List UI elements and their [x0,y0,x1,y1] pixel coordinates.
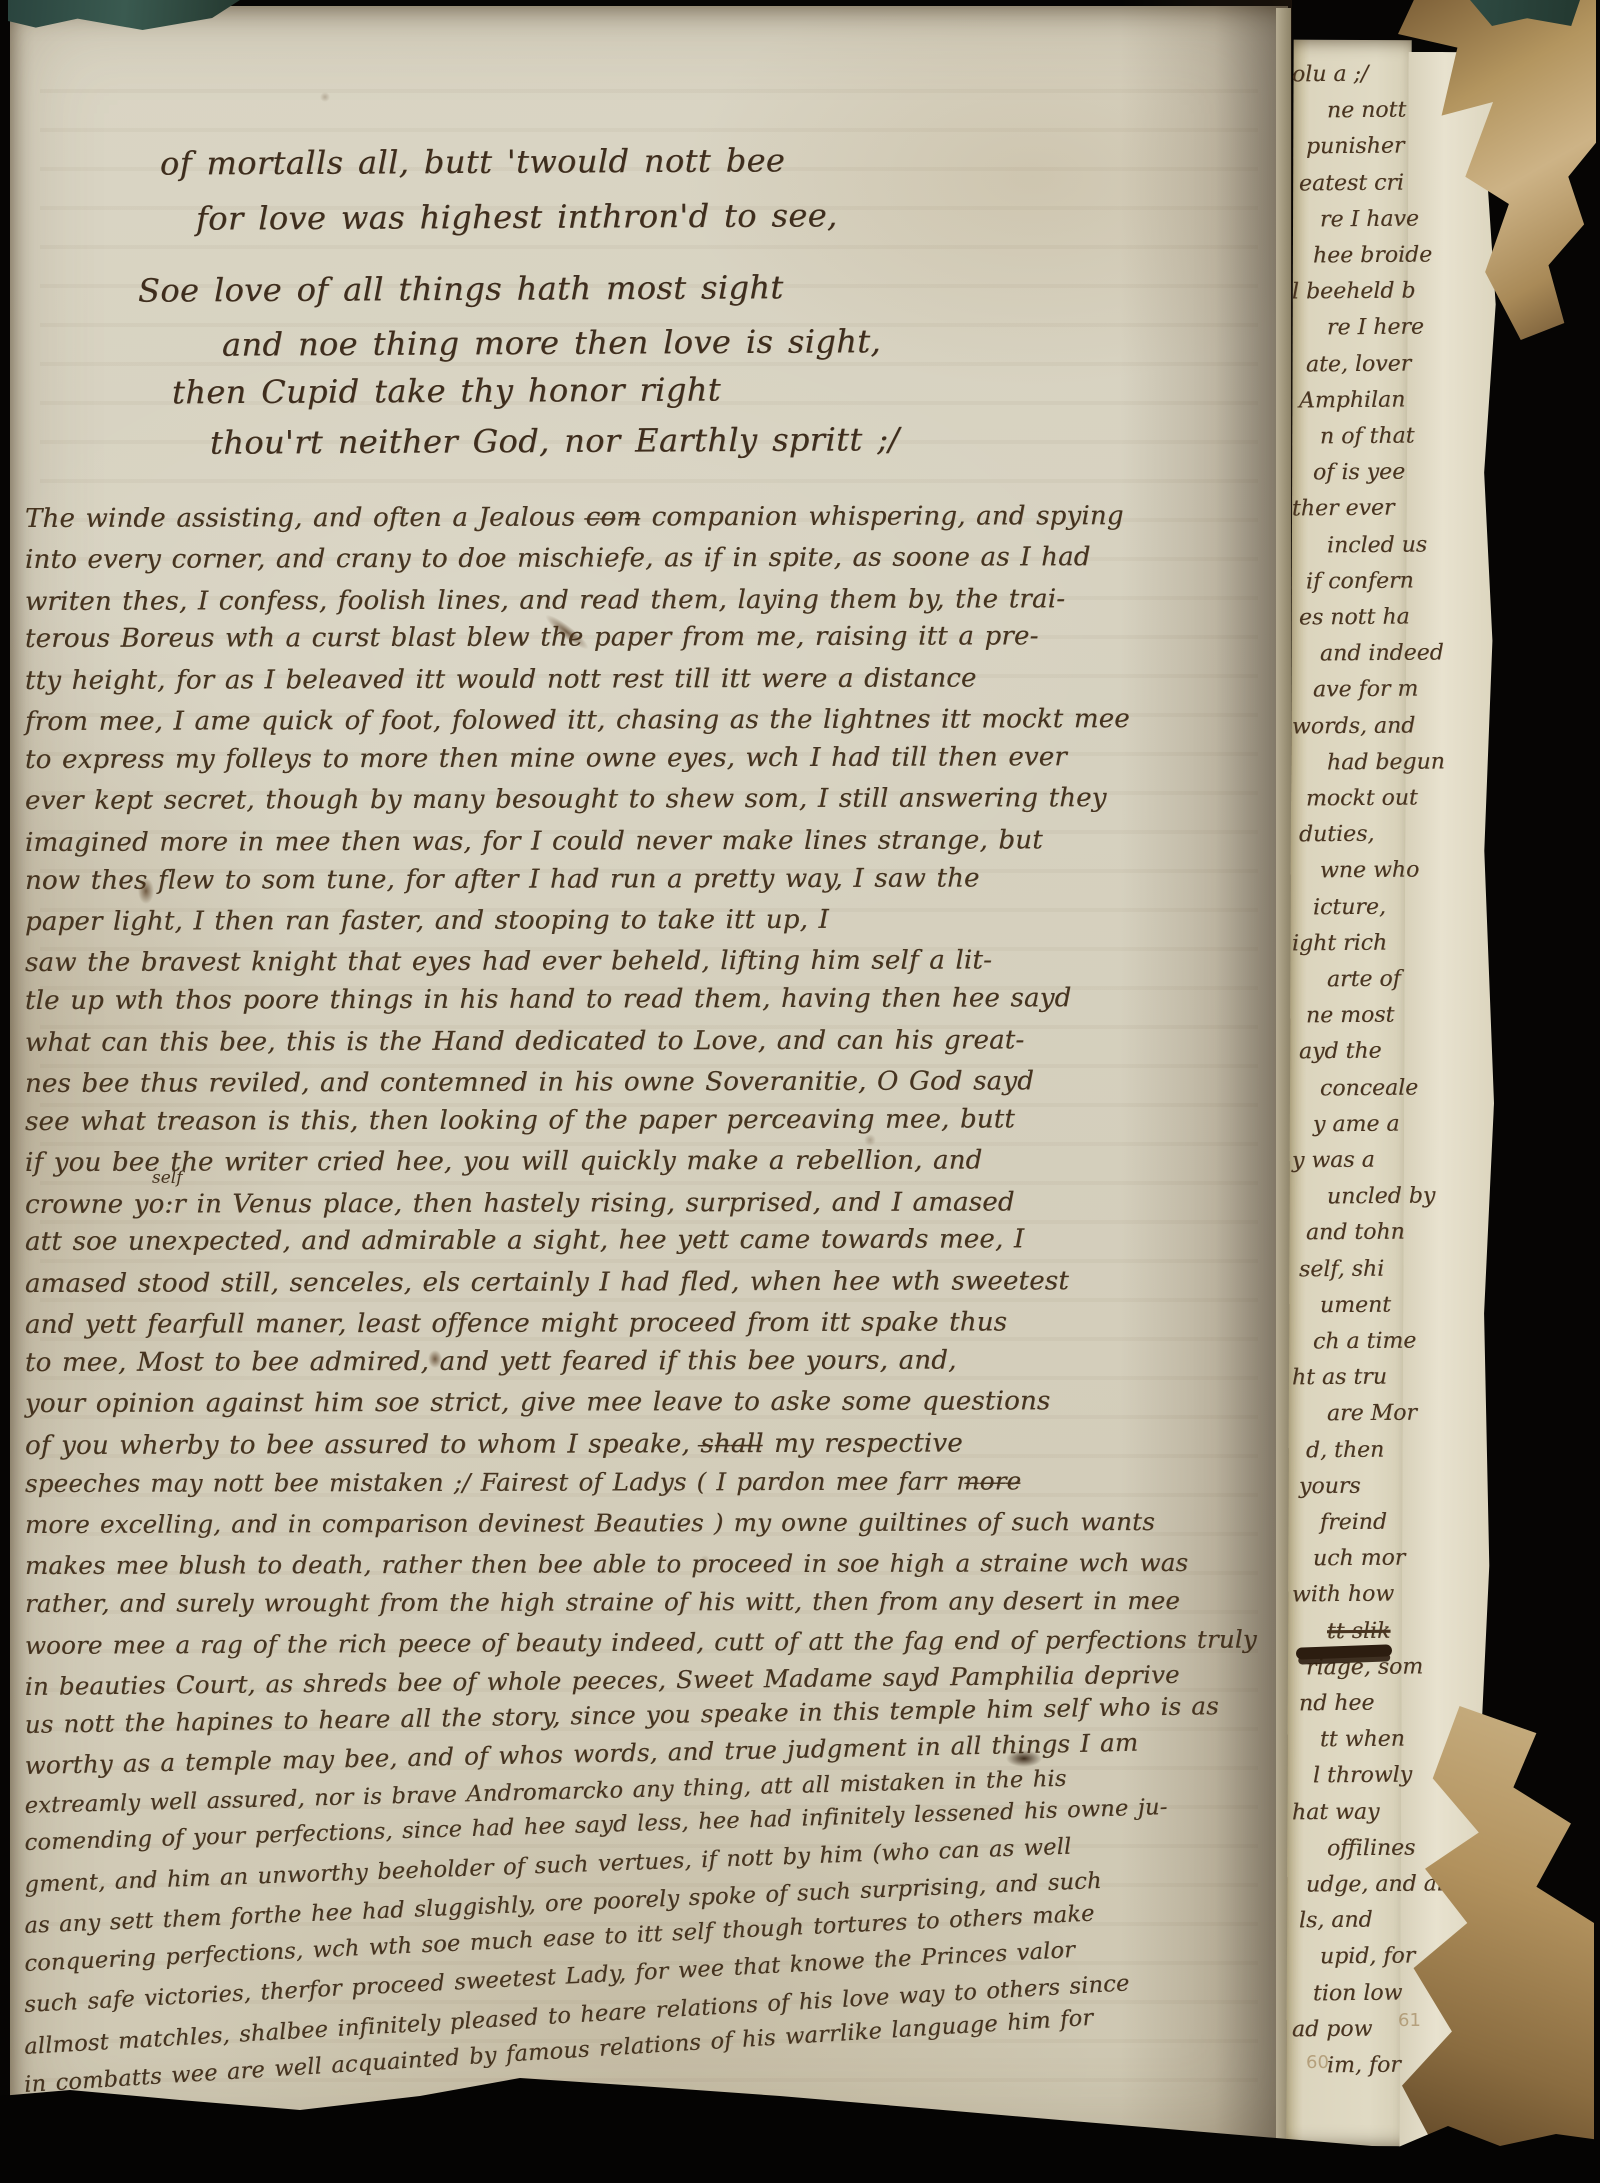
prose-line: into every corner, and crany to doe misc… [25,542,1091,575]
prose-line: and yett fearfull maner, least offence m… [25,1308,1007,1341]
adjacent-page-line-fragment: icture, [1313,894,1386,920]
adjacent-page-line-fragment: olu a ;/ [1292,62,1369,88]
foxing-spot [320,92,330,102]
adjacent-page-line-fragment: are Mor [1327,1401,1417,1427]
adjacent-page-line-fragment: had begun [1327,749,1445,775]
adjacent-page-line-fragment: punisher [1306,134,1405,160]
adjacent-page-line-fragment: ate, lover [1306,351,1411,377]
adjacent-page-line-fragment: and indeed [1320,641,1444,667]
adjacent-page-line-fragment: offilines [1327,1835,1416,1861]
manuscript-photo: of mortalls all, butt 'twould nott beefo… [0,0,1600,2183]
prose-line: imagined more in mee then was, for I cou… [25,825,1043,858]
adjacent-page-line-fragment: conceale [1320,1075,1418,1101]
adjacent-page-line-fragment: ument [1320,1292,1391,1318]
prose-line: The winde assisting, and often a Jealous… [25,501,1124,534]
adjacent-page-line-fragment: ls, and [1299,1908,1373,1934]
prose-line: more excelling, and in comparison devine… [25,1507,1155,1539]
folio-number: 60 [1306,2052,1329,2073]
poem-line: for love was highest inthron'd to see, [196,196,838,237]
adjacent-page-line-fragment: ther ever [1292,496,1395,522]
prose-line: woore mee a rag of the rich peece of bea… [25,1624,1257,1659]
adjacent-page-line-fragment: eatest cri [1299,170,1404,196]
foxing-spot [700,1555,710,1565]
adjacent-page-line-fragment: l throwly [1313,1763,1412,1789]
adjacent-page-line-fragment: ad pow [1292,2016,1373,2042]
ink-stain [428,1350,442,1368]
prose-line: att soe unexpected, and admirable a sigh… [25,1225,1024,1258]
adjacent-page-line-fragment: of is yee [1313,460,1405,486]
adjacent-page-line-fragment: ight rich [1292,930,1387,956]
prose-line: terous Boreus wth a curst blast blew the… [25,622,1039,655]
adjacent-page-line-fragment: tion low [1313,1980,1403,2006]
adjacent-page-line-fragment: tt slik [1327,1618,1391,1644]
adjacent-page-line-fragment: im, for [1327,2053,1401,2079]
prose-line: paper light, I then ran faster, and stoo… [25,905,829,937]
adjacent-page-line-fragment: y ame a [1313,1111,1400,1137]
prose-line: nes bee thus reviled, and contemned in h… [25,1066,1034,1099]
poem-line: and noe thing more then love is sight, [222,322,881,363]
poem-line: then Cupid take thy honor right [172,371,721,412]
adjacent-page-line-fragment: nd hee [1299,1691,1375,1717]
prose-line: saw the bravest knight that eyes had eve… [25,946,992,979]
adjacent-page-line-fragment: self, shi [1299,1256,1384,1282]
prose-line: writen thes, I confess, foolish lines, a… [25,584,1065,617]
folio-number: 61 [1398,2010,1421,2031]
adjacent-page-line-fragment: uch mor [1313,1546,1405,1572]
adjacent-page-line-fragment: ch a time [1313,1329,1417,1355]
prose-line: rather, and surely wrought from the high… [25,1586,1180,1618]
foxing-spot [864,1134,876,1146]
prose-line: from mee, I ame quick of foot, folowed i… [25,704,1130,737]
prose-line: tty height, for as I beleaved itt would … [25,663,977,695]
adjacent-page-line-fragment: hee broide [1313,242,1432,268]
adjacent-page-line-fragment: freind [1320,1510,1387,1536]
adjacent-page-line-fragment: and tohn [1306,1220,1405,1246]
adjacent-page-line-fragment: words, and [1292,713,1416,739]
adjacent-page-line-fragment: duties, [1299,822,1375,848]
interlinear-insertion: self [152,1168,183,1188]
adjacent-page-line-fragment: arte of [1327,967,1401,993]
adjacent-page-line-fragment: ne nott [1327,98,1406,124]
adjacent-page-line-fragment: n of that [1320,424,1415,450]
adjacent-page-line-fragment: upid, for [1320,1944,1415,1970]
prose-line: crowne yo:r in Venus place, then hastely… [25,1187,1015,1220]
adjacent-page-line-fragment: Amphilan [1299,387,1406,413]
adjacent-page-line-fragment: if confern [1306,568,1414,594]
poem-line: of mortalls all, butt 'twould nott bee [160,141,785,182]
prose-line: of you wherby to bee assured to whom I s… [25,1428,963,1460]
adjacent-page-line-fragment: d, then [1306,1437,1384,1463]
prose-line: what can this bee, this is the Hand dedi… [25,1025,1025,1058]
adjacent-page-line-fragment: y was a [1292,1148,1375,1174]
ink-stain [138,878,154,904]
adjacent-page-line-fragment: re I have [1320,206,1419,232]
prose-line: makes mee blush to death, rather then be… [25,1548,1188,1580]
adjacent-page-line-fragment: mockt out [1306,786,1418,812]
adjacent-page-line-fragment: es nott ha [1299,605,1410,631]
poem-line: Soe love of all things hath most sight [138,268,784,309]
prose-line: tle up wth thos poore things in his hand… [25,983,1072,1016]
adjacent-page-line-fragment: with how [1292,1582,1394,1608]
poem-line: thou'rt neither God, nor Earthly spritt … [210,420,900,462]
adjacent-page-line-fragment: yours [1299,1474,1361,1500]
prose-line: to express my folleys to more then mine … [25,742,1067,775]
prose-line: see what treason is this, then looking o… [25,1104,1015,1137]
adjacent-page-line-fragment: ht as tru [1292,1365,1387,1391]
prose-line: ever kept secret, though by many besough… [25,784,1107,817]
prose-line: speeches may nott bee mistaken ;/ Faires… [25,1466,1021,1498]
adjacent-page-line-fragment: uncled by [1327,1184,1436,1210]
adjacent-page-line-fragment: hat way [1292,1799,1380,1825]
adjacent-page-line-fragment: ave for m [1313,677,1419,703]
ink-blot [1006,1750,1042,1767]
adjacent-page-line-fragment: l beeheld b [1292,279,1416,305]
prose-line: now thes flew to som tune, for after I h… [25,863,980,895]
adjacent-page-line-fragment: ne most [1306,1003,1395,1029]
prose-line: amased stood still, senceles, els certai… [25,1266,1069,1299]
adjacent-page-line-fragment: ayd the [1299,1039,1382,1065]
adjacent-page-line-fragment: incled us [1327,532,1427,558]
adjacent-page-line-fragment: re I here [1327,315,1424,341]
prose-line: to mee, Most to bee admired, and yett fe… [25,1346,957,1378]
adjacent-page-line-fragment: tt when [1320,1727,1405,1753]
prose-line: your opinion against him soe strict, giv… [25,1387,1051,1420]
adjacent-page-line-fragment: wne who [1320,858,1419,884]
